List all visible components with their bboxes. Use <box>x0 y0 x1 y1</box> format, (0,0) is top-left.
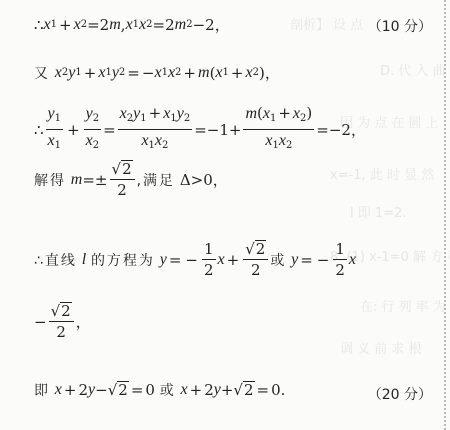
ghost-text: 调 义 前 求 根 <box>340 338 422 357</box>
fraction-sqrt2-over-2: √2 2 <box>110 160 135 199</box>
var-x: x <box>349 251 356 269</box>
solution-line-7: 即 x+2y−√2=0 或 x+2y+√2=0. <box>34 380 285 400</box>
score-label: （10 分） <box>368 16 432 36</box>
equals-minus-two: =−2， <box>316 119 366 140</box>
var-x: x <box>215 64 222 82</box>
equals: = <box>127 64 140 82</box>
or-text: 或 <box>160 380 176 400</box>
var-x: x <box>245 64 252 82</box>
plus: + <box>231 64 244 82</box>
ghost-text: x=-1, 此 时 显 然 <box>330 164 434 183</box>
dotted-margin-line <box>444 0 446 430</box>
var-x: x <box>98 64 105 82</box>
var-y: y <box>112 64 119 82</box>
fraction-y2-over-x2: y2 x2 <box>84 104 101 155</box>
equals-minus-one-plus: =−1+ <box>194 121 241 139</box>
plus: + <box>84 64 97 82</box>
score-label: （20 分） <box>368 384 432 404</box>
equals: = <box>82 171 95 189</box>
equals: = <box>300 251 313 269</box>
fraction-combined: x2y1+x1y2 x1x2 <box>118 104 193 155</box>
condition-text: ,满足 <box>137 170 175 190</box>
solution-line-1: ∴ x1 + x2 =2m, x1 x2 =2m2−2， <box>34 14 230 35</box>
prefix-text: ∴直线 <box>34 250 77 270</box>
minus: − <box>317 251 330 269</box>
therefore-symbol: ∴ <box>34 16 44 34</box>
minus: − <box>142 64 155 82</box>
prefix-text: 解得 <box>34 170 66 190</box>
solution-line-2: 又 x2 y1 + x1 y2 =− x1 x2 + m( x1 + x2 )， <box>34 62 280 83</box>
solution-line-5: ∴直线 l 的方程为 y =− 12 x + √2 2 或 y =− 12 x <box>34 240 356 279</box>
var-y: y <box>291 251 298 269</box>
comma: ， <box>265 62 280 83</box>
minus-2: −2， <box>193 14 230 35</box>
subscript: 2 <box>175 67 181 78</box>
var-y: y <box>68 64 75 82</box>
ghost-text: l 即 1=2. <box>350 202 406 221</box>
var-x: x <box>218 251 225 269</box>
var-x: x <box>139 16 146 34</box>
subscript: 1 <box>75 67 81 78</box>
subscript: 1 <box>223 67 229 78</box>
fraction-y1-over-x1: y1 x1 <box>46 104 63 155</box>
or-text: 或 <box>270 250 286 270</box>
minus: − <box>185 251 198 269</box>
plus: + <box>227 251 240 269</box>
plus: + <box>67 121 80 139</box>
plus: + <box>59 16 72 34</box>
plus-minus: ± <box>95 171 108 189</box>
equals-2: =2 <box>87 16 109 34</box>
comma: ， <box>76 311 91 332</box>
var-m: m <box>109 16 121 34</box>
var-y: y <box>160 251 167 269</box>
fraction-m-sum: m(x1+x2) x1x2 <box>243 104 314 155</box>
delta-condition: Δ>0， <box>180 169 228 190</box>
fraction-one-half: 12 <box>202 240 216 279</box>
fraction-sqrt2-over-2: √2 2 <box>243 240 268 279</box>
equals: = <box>103 121 116 139</box>
sqrt-2: √2 <box>108 381 129 399</box>
var-m: m <box>71 171 83 189</box>
solution-line-4: 解得 m =± √2 2 ,满足 Δ>0， <box>34 160 228 199</box>
ghost-text: D. 代 入 曲 线 方 程 <box>380 60 450 79</box>
minus: − <box>34 313 47 331</box>
subscript: 1 <box>51 19 57 30</box>
equals: = <box>169 251 182 269</box>
solution-line-6: − √2 2 ， <box>34 302 91 341</box>
solution-line-3: ∴ y1 x1 + y2 x2 = x2y1+x1y2 x1x2 =−1+ m(… <box>34 104 366 155</box>
subscript: 2 <box>119 67 125 78</box>
var-l: l <box>82 251 86 269</box>
var-x: x <box>154 64 161 82</box>
var-x: x <box>126 16 133 34</box>
ghost-text: 剖析】 设 点 <box>290 14 363 33</box>
var-x: x <box>74 16 81 34</box>
sqrt-2: √2 <box>233 381 254 399</box>
prefix-text: 又 <box>34 63 50 83</box>
fraction-sqrt2-over-2: √2 2 <box>49 302 74 341</box>
plus: + <box>183 64 196 82</box>
fraction-one-half: 12 <box>333 240 347 279</box>
equals-2: =2 <box>153 16 175 34</box>
var-m: m <box>198 64 210 82</box>
var-x: x <box>55 64 62 82</box>
var-m: m <box>175 16 187 34</box>
var-x: x <box>44 16 51 34</box>
prefix-text: 即 <box>34 380 50 400</box>
ghost-text: 在: 行 列 率 为 <box>360 296 446 315</box>
var-x: x <box>168 64 175 82</box>
therefore-symbol: ∴ <box>34 121 44 139</box>
equation-intro-text: 的方程为 <box>91 250 155 270</box>
